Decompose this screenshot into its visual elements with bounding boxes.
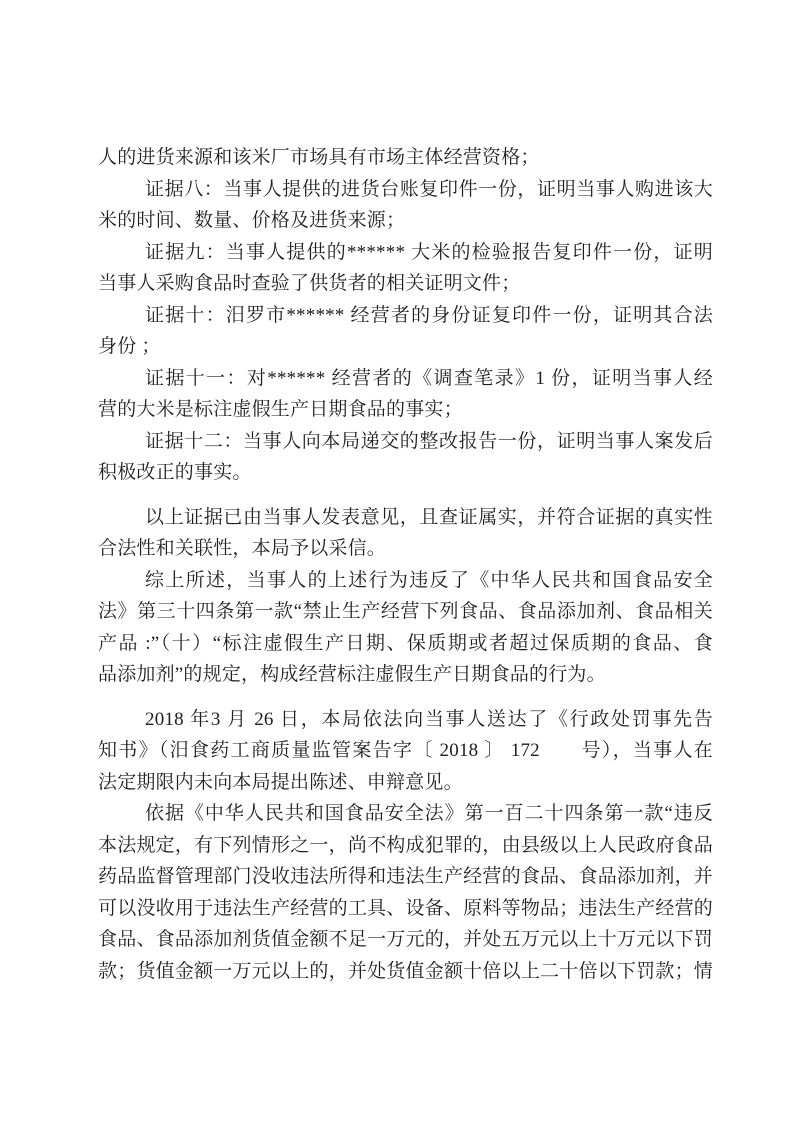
text-line: 药品监督管理部门没收违法所得和违法生产经营的食品、食品添加剂，并: [98, 861, 713, 893]
text-line: 2018 年3 月 26 日，本局依法向当事人送达了《行政处罚事先告: [98, 704, 713, 736]
text-line: 证据九：当事人提供的****** 大米的检验报告复印件一份，证明: [98, 237, 713, 269]
paragraph: 2018 年3 月 26 日，本局依法向当事人送达了《行政处罚事先告知书》（汨食…: [98, 704, 713, 799]
text-line: 营的大米是标注虚假生产日期食品的事实；: [98, 394, 713, 426]
paragraph: 证据九：当事人提供的****** 大米的检验报告复印件一份，证明当事人采购食品时…: [98, 237, 713, 300]
text-line: 当事人采购食品时查验了供货者的相关证明文件；: [98, 268, 713, 300]
paragraph: 证据十一：对****** 经营者的《调查笔录》1 份，证明当事人经营的大米是标注…: [98, 363, 713, 426]
paragraph: 以上证据已由当事人发表意见，且查证属实，并符合证据的真实性合法性和关联性，本局予…: [98, 502, 713, 565]
text-line: 法》第三十四条第一款“禁止生产经营下列食品、食品添加剂、食品相关: [98, 596, 713, 628]
paragraph: 证据八：当事人提供的进货台账复印件一份，证明当事人购进该大米的时间、数量、价格及…: [98, 174, 713, 237]
text-line: 品添加剂”的规定，构成经营标注虚假生产日期食品的行为。: [98, 659, 713, 691]
text-line: 可以没收用于违法生产经营的工具、设备、原料等物品；违法生产经营的: [98, 893, 713, 925]
text-line: 本法规定，有下列情形之一，尚不构成犯罪的，由县级以上人民政府食品: [98, 830, 713, 862]
text-line: 法定期限内未向本局提出陈述、申辩意见。: [98, 767, 713, 799]
paragraph: 人的进货来源和该米厂市场具有市场主体经营资格；: [98, 142, 713, 174]
document-body: 人的进货来源和该米厂市场具有市场主体经营资格；证据八：当事人提供的进货台账复印件…: [98, 142, 713, 987]
text-line: 身份 ；: [98, 331, 713, 363]
paragraph: 依据《中华人民共和国食品安全法》第一百二十四条第一款“违反本法规定，有下列情形之…: [98, 798, 713, 987]
text-line: 证据八：当事人提供的进货台账复印件一份，证明当事人购进该大: [98, 174, 713, 206]
text-line: 米的时间、数量、价格及进货来源；: [98, 205, 713, 237]
text-line: 合法性和关联性，本局予以采信。: [98, 533, 713, 565]
text-line: 积极改正的事实。: [98, 457, 713, 489]
text-line: 人的进货来源和该米厂市场具有市场主体经营资格；: [98, 142, 713, 174]
text-line: 证据十：汨罗市****** 经营者的身份证复印件一份，证明其合法: [98, 300, 713, 332]
text-line: 证据十二：当事人向本局递交的整改报告一份，证明当事人案发后: [98, 426, 713, 458]
page: 人的进货来源和该米厂市场具有市场主体经营资格；证据八：当事人提供的进货台账复印件…: [0, 0, 793, 1122]
text-line: 以上证据已由当事人发表意见，且查证属实，并符合证据的真实性: [98, 502, 713, 534]
paragraph: 综上所述，当事人的上述行为违反了《中华人民共和国食品安全法》第三十四条第一款“禁…: [98, 565, 713, 691]
text-line: 综上所述，当事人的上述行为违反了《中华人民共和国食品安全: [98, 565, 713, 597]
text-line: 款；货值金额一万元以上的，并处货值金额十倍以上二十倍以下罚款；情: [98, 956, 713, 988]
paragraph: 证据十二：当事人向本局递交的整改报告一份，证明当事人案发后积极改正的事实。: [98, 426, 713, 489]
text-line: 食品、食品添加剂货值金额不足一万元的，并处五万元以上十万元以下罚: [98, 924, 713, 956]
text-line: 知书》（汨食药工商质量监管案告字〔 2018 〕 172 号），当事人在: [98, 735, 713, 767]
text-line: 产品 :”（十）“标注虚假生产日期、保质期或者超过保质期的食品、食: [98, 628, 713, 660]
text-line: 证据十一：对****** 经营者的《调查笔录》1 份，证明当事人经: [98, 363, 713, 395]
text-line: 依据《中华人民共和国食品安全法》第一百二十四条第一款“违反: [98, 798, 713, 830]
paragraph: 证据十：汨罗市****** 经营者的身份证复印件一份，证明其合法身份 ；: [98, 300, 713, 363]
